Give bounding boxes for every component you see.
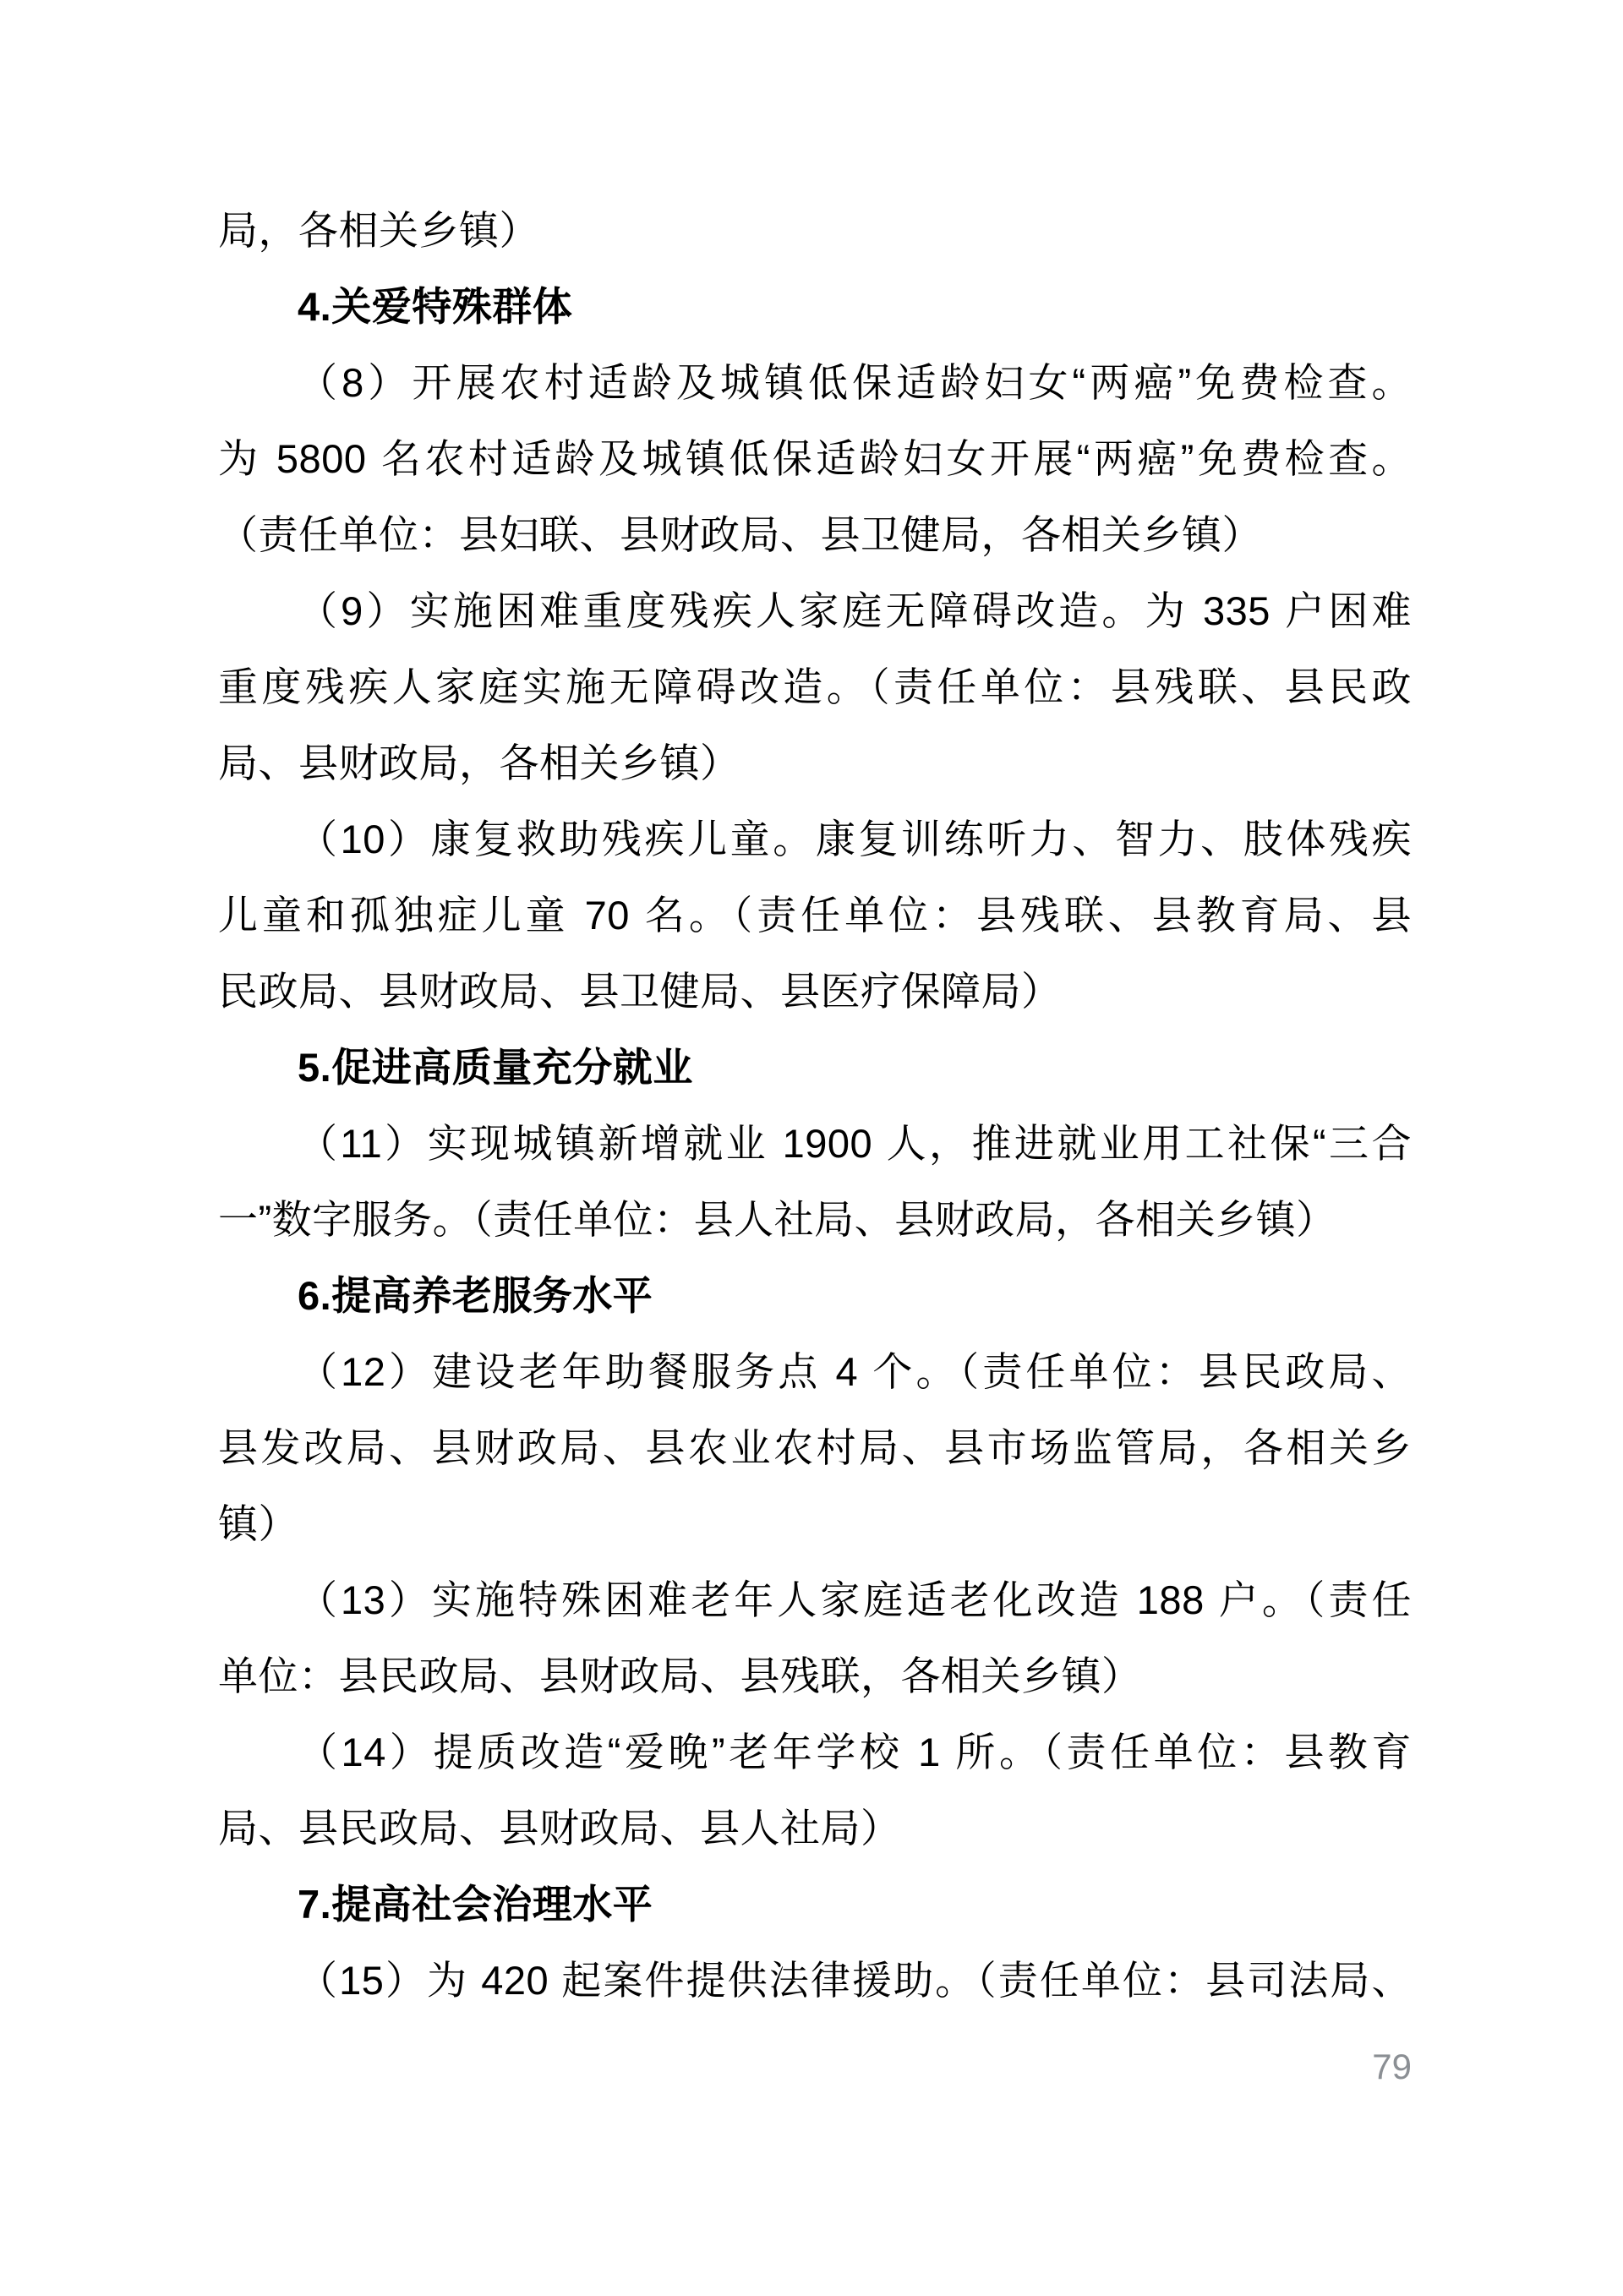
body-line: 重度残疾人家庭实施无障碍改造。（责任单位：县残联、县民政 xyxy=(218,649,1412,725)
page-number: 79 xyxy=(218,2046,1412,2088)
body-line: （9）实施困难重度残疾人家庭无障碍改造。为 335 户困难 xyxy=(218,573,1412,649)
body-line: 民政局、县财政局、县卫健局、县医疗保障局） xyxy=(218,954,1412,1030)
document-page: 局，各相关乡镇） 4.关爱特殊群体 （8）开展农村适龄及城镇低保适龄妇女“两癌”… xyxy=(0,0,1623,2296)
body-line: （13）实施特殊困难老年人家庭适老化改造 188 户。（责任 xyxy=(218,1562,1412,1638)
body-line: （10）康复救助残疾儿童。康复训练听力、智力、肢体残疾 xyxy=(218,801,1412,877)
body-line: （责任单位：县妇联、县财政局、县卫健局，各相关乡镇） xyxy=(218,497,1412,573)
body-line: （11）实现城镇新增就业 1900 人，推进就业用工社保“三合 xyxy=(218,1106,1412,1182)
body-line: 单位：县民政局、县财政局、县残联，各相关乡镇） xyxy=(218,1638,1412,1714)
body-line: 局、县财政局，各相关乡镇） xyxy=(218,725,1412,801)
body-line: 一”数字服务。（责任单位：县人社局、县财政局，各相关乡镇） xyxy=(218,1182,1412,1258)
body-line: （8）开展农村适龄及城镇低保适龄妇女“两癌”免费检查。 xyxy=(218,345,1412,421)
body-line: （12）建设老年助餐服务点 4 个。（责任单位：县民政局、 xyxy=(218,1334,1412,1410)
document-body: 局，各相关乡镇） 4.关爱特殊群体 （8）开展农村适龄及城镇低保适龄妇女“两癌”… xyxy=(218,193,1412,2019)
body-line: 局，各相关乡镇） xyxy=(218,193,1412,269)
body-line: （15）为 420 起案件提供法律援助。（责任单位：县司法局、 xyxy=(218,1943,1412,2019)
body-line: 儿童和孤独症儿童 70 名。（责任单位：县残联、县教育局、县 xyxy=(218,877,1412,954)
body-line: 县发改局、县财政局、县农业农村局、县市场监管局，各相关乡 xyxy=(218,1410,1412,1486)
heading-line: 7.提高社会治理水平 xyxy=(218,1867,1412,1943)
heading-line: 6.提高养老服务水平 xyxy=(218,1258,1412,1334)
body-line: 为 5800 名农村适龄及城镇低保适龄妇女开展“两癌”免费检查。 xyxy=(218,421,1412,497)
body-line: 镇） xyxy=(218,1486,1412,1562)
heading-line: 4.关爱特殊群体 xyxy=(218,269,1412,345)
body-line: 局、县民政局、县财政局、县人社局） xyxy=(218,1790,1412,1867)
heading-line: 5.促进高质量充分就业 xyxy=(218,1030,1412,1106)
body-line: （14）提质改造“爱晚”老年学校 1 所。（责任单位：县教育 xyxy=(218,1714,1412,1790)
